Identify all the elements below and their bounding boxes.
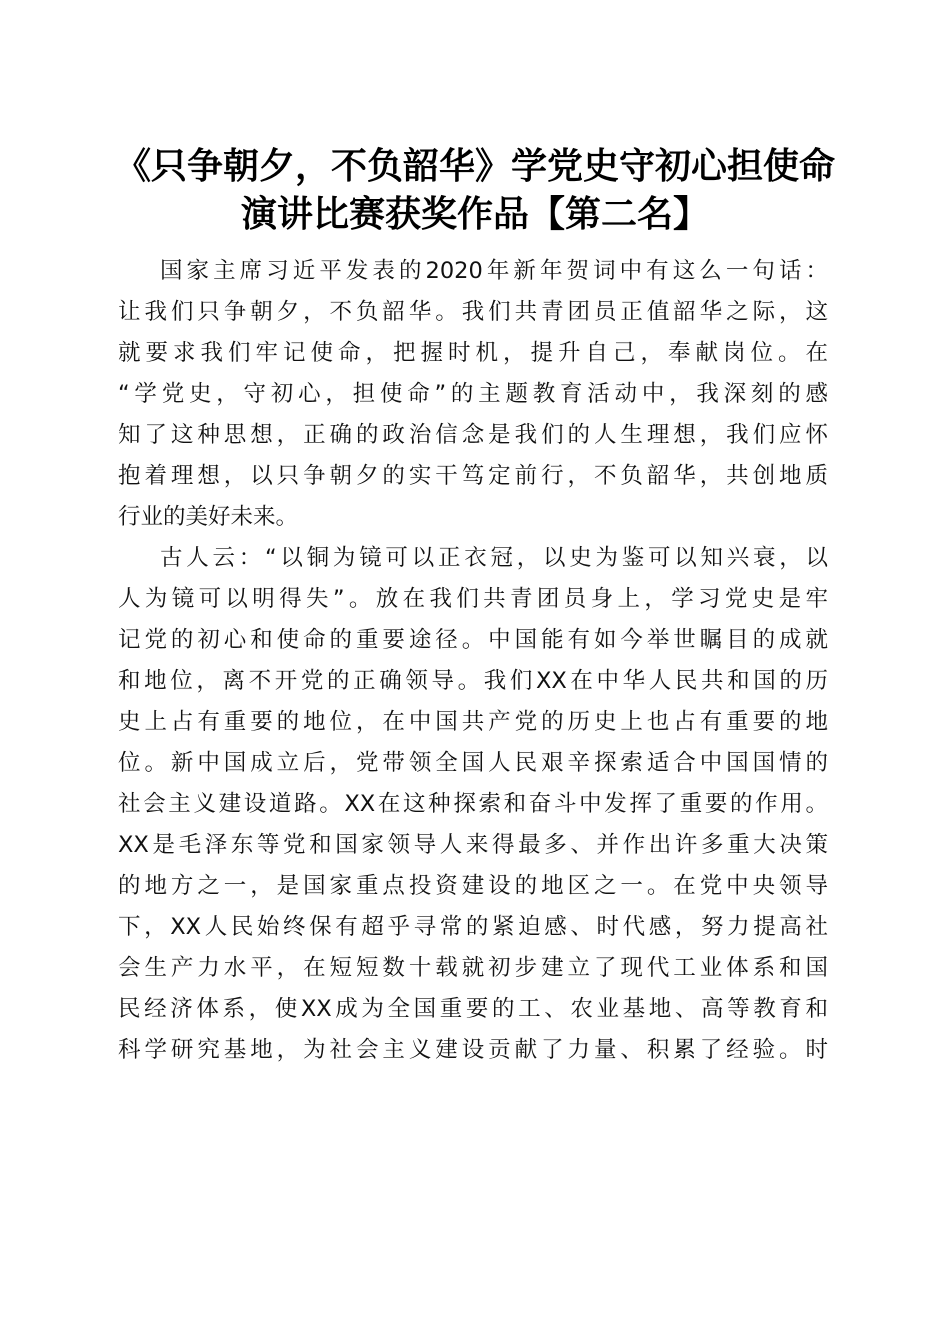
- body-line: 行业的美好未来。: [118, 502, 828, 532]
- body-line: 会生产力水平，在短短数十载就初步建立了现代工业体系和国: [118, 953, 828, 983]
- document-page: 《只争朝夕，不负韶华》学党史守初心担使命 演讲比赛获奖作品【第二名】 国家主席习…: [0, 0, 950, 1344]
- body-line: 史上占有重要的地位，在中国共产党的历史上也占有重要的地: [118, 707, 828, 737]
- body-line: 和地位，离不开党的正确领导。我们XX在中华人民共和国的历: [118, 666, 828, 696]
- document-title-line-2: 演讲比赛获奖作品【第二名】: [0, 186, 950, 237]
- body-line: XX是毛泽东等党和国家领导人来得最多、并作出许多重大决策: [118, 830, 828, 860]
- body-line: 就要求我们牢记使命，把握时机，提升自己，奉献岗位。在: [118, 338, 828, 368]
- body-line: 记党的初心和使命的重要途径。中国能有如今举世瞩目的成就: [118, 625, 828, 655]
- body-line: 的地方之一，是国家重点投资建设的地区之一。在党中央领导: [118, 871, 828, 901]
- body-line: 人为镜可以明得失”。放在我们共青团员身上，学习党史是牢: [118, 584, 828, 614]
- body-line: 抱着理想，以只争朝夕的实干笃定前行，不负韶华，共创地质: [118, 461, 828, 491]
- body-line: 民经济体系，使XX成为全国重要的工、农业基地、高等教育和: [118, 994, 828, 1024]
- document-title-line-1: 《只争朝夕，不负韶华》学党史守初心担使命: [0, 138, 950, 189]
- body-line: 国家主席习近平发表的2020年新年贺词中有这么一句话：: [160, 256, 828, 286]
- body-line: 下，XX人民始终保有超乎寻常的紧迫感、时代感，努力提高社: [118, 912, 828, 942]
- body-line: 社会主义建设道路。XX在这种探索和奋斗中发挥了重要的作用。: [118, 789, 828, 819]
- body-line: 知了这种思想，正确的政治信念是我们的人生理想，我们应怀: [118, 420, 828, 450]
- body-line: 古人云：“以铜为镜可以正衣冠，以史为鉴可以知兴衰，以: [160, 543, 828, 573]
- body-line: 让我们只争朝夕，不负韶华。我们共青团员正值韶华之际，这: [118, 297, 828, 327]
- body-line: 科学研究基地，为社会主义建设贡献了力量、积累了经验。时: [118, 1035, 828, 1065]
- body-line: 位。新中国成立后，党带领全国人民艰辛探索适合中国国情的: [118, 748, 828, 778]
- body-line: “学党史，守初心，担使命”的主题教育活动中，我深刻的感: [118, 379, 828, 409]
